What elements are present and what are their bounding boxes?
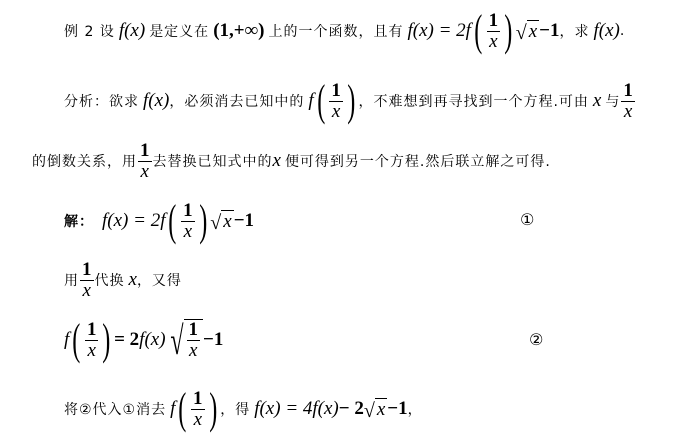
text: ，又得 <box>137 270 182 290</box>
left-paren: ( <box>73 318 81 362</box>
right-paren: ) <box>504 9 512 53</box>
text: ，不难想到再寻找到一个方程.可由 <box>358 91 588 111</box>
analysis-line-2: 的倒数关系，用 1x 去替换已知式中的 x 便可得到另一个方程.然后联立解之可得… <box>32 136 551 186</box>
math-x: x <box>129 269 137 291</box>
math-f-x: f(x) <box>312 398 338 420</box>
example-statement: 例 2 设 f(x) 是定义在 (1,+∞) 上的一个函数，且有 f(x) = … <box>64 6 625 56</box>
math-x: x <box>593 90 601 112</box>
final-line: 将②代入①消去 f ( 1x ) ，得 f(x) = 4 f(x) − 2 √x… <box>64 384 423 434</box>
math-f: f <box>64 329 69 351</box>
fraction-one-over-x: 1x <box>191 389 205 430</box>
text: 上的一个函数，且有 <box>268 21 403 41</box>
analysis-line-1: 分析：欲求 f(x) ，必须消去已知中的 f ( 1x ) ，不难想到再寻找到一… <box>64 76 636 126</box>
text: ，求 <box>560 21 590 41</box>
left-paren: ( <box>169 199 177 243</box>
text: 分析：欲求 <box>64 91 139 111</box>
math-f-x: f(x) <box>139 329 165 351</box>
equation-mark-2: ② <box>529 330 543 349</box>
math-f: f <box>160 210 165 232</box>
right-paren: ) <box>103 318 111 362</box>
math-f: f <box>308 90 313 112</box>
sqrt-x: √x <box>210 210 233 233</box>
solution-equation-1: 解： f(x) = 2 f ( 1x ) √x −1 <box>64 196 254 246</box>
text: 与 <box>605 91 620 111</box>
sqrt-x: √x <box>364 398 387 421</box>
fraction-one-over-x: 1x <box>187 320 201 361</box>
right-paren: ) <box>199 199 207 243</box>
left-paren: ( <box>179 387 187 431</box>
math-eq-two: = 2 <box>114 329 139 351</box>
solution-equation-2: f ( 1x ) = 2 f(x) √ 1x −1 <box>64 312 223 368</box>
math-minus-one: −1 <box>203 329 223 351</box>
math-eq-lhs: f(x) = 2 <box>407 20 465 42</box>
text: 便可得到另一个方程.然后联立解之可得. <box>285 151 551 171</box>
fraction-one-over-x: 1x <box>487 11 501 52</box>
math-f-x: f(x) <box>119 20 145 42</box>
math-minus-one: −1 <box>539 20 559 42</box>
fraction-one-over-x: 1x <box>181 201 195 242</box>
math-f-x: f(x) <box>143 90 169 112</box>
sqrt-x: √x <box>516 20 539 43</box>
fraction-one-over-x: 1x <box>85 320 99 361</box>
fraction-one-over-x: 1x <box>621 81 635 122</box>
math-minus-two: − 2 <box>339 398 364 420</box>
math-f: f <box>466 20 471 42</box>
text: 的倒数关系，用 <box>32 151 137 171</box>
solution-label: 解： <box>64 211 94 231</box>
text: ，必须消去已知中的 <box>169 91 304 111</box>
math-f-x: f(x) <box>594 20 620 42</box>
fraction-one-over-x: 1x <box>138 141 152 182</box>
math-minus-one: −1 <box>387 398 407 420</box>
text: 是定义在 <box>149 21 209 41</box>
text: ，得 <box>220 399 250 419</box>
fraction-one-over-x: 1x <box>329 81 343 122</box>
left-paren: ( <box>317 79 325 123</box>
math-minus-one: −1 <box>234 210 254 232</box>
math-eq-lhs: f(x) = 2 <box>102 210 160 232</box>
example-label: 例 2 设 <box>64 21 115 41</box>
sqrt-one-over-x: √ 1x <box>166 319 203 361</box>
text: 将②代入①消去 <box>64 399 166 419</box>
fraction-one-over-x: 1x <box>80 260 94 301</box>
math-f: f <box>170 398 175 420</box>
text: 用 <box>64 270 79 290</box>
left-paren: ( <box>474 9 482 53</box>
math-interval: (1,+∞) <box>213 20 264 42</box>
equation-mark-1: ① <box>520 210 534 229</box>
text: 代换 <box>95 270 125 290</box>
right-paren: ) <box>347 79 355 123</box>
text: ， <box>408 399 423 419</box>
text: 去替换已知式中的 <box>153 151 273 171</box>
math-x: x <box>273 150 281 172</box>
substitution-line: 用 1x 代换 x ，又得 <box>64 258 182 302</box>
right-paren: ) <box>209 387 217 431</box>
text: . <box>620 23 625 39</box>
math-eq-lhs: f(x) = 4 <box>254 398 312 420</box>
